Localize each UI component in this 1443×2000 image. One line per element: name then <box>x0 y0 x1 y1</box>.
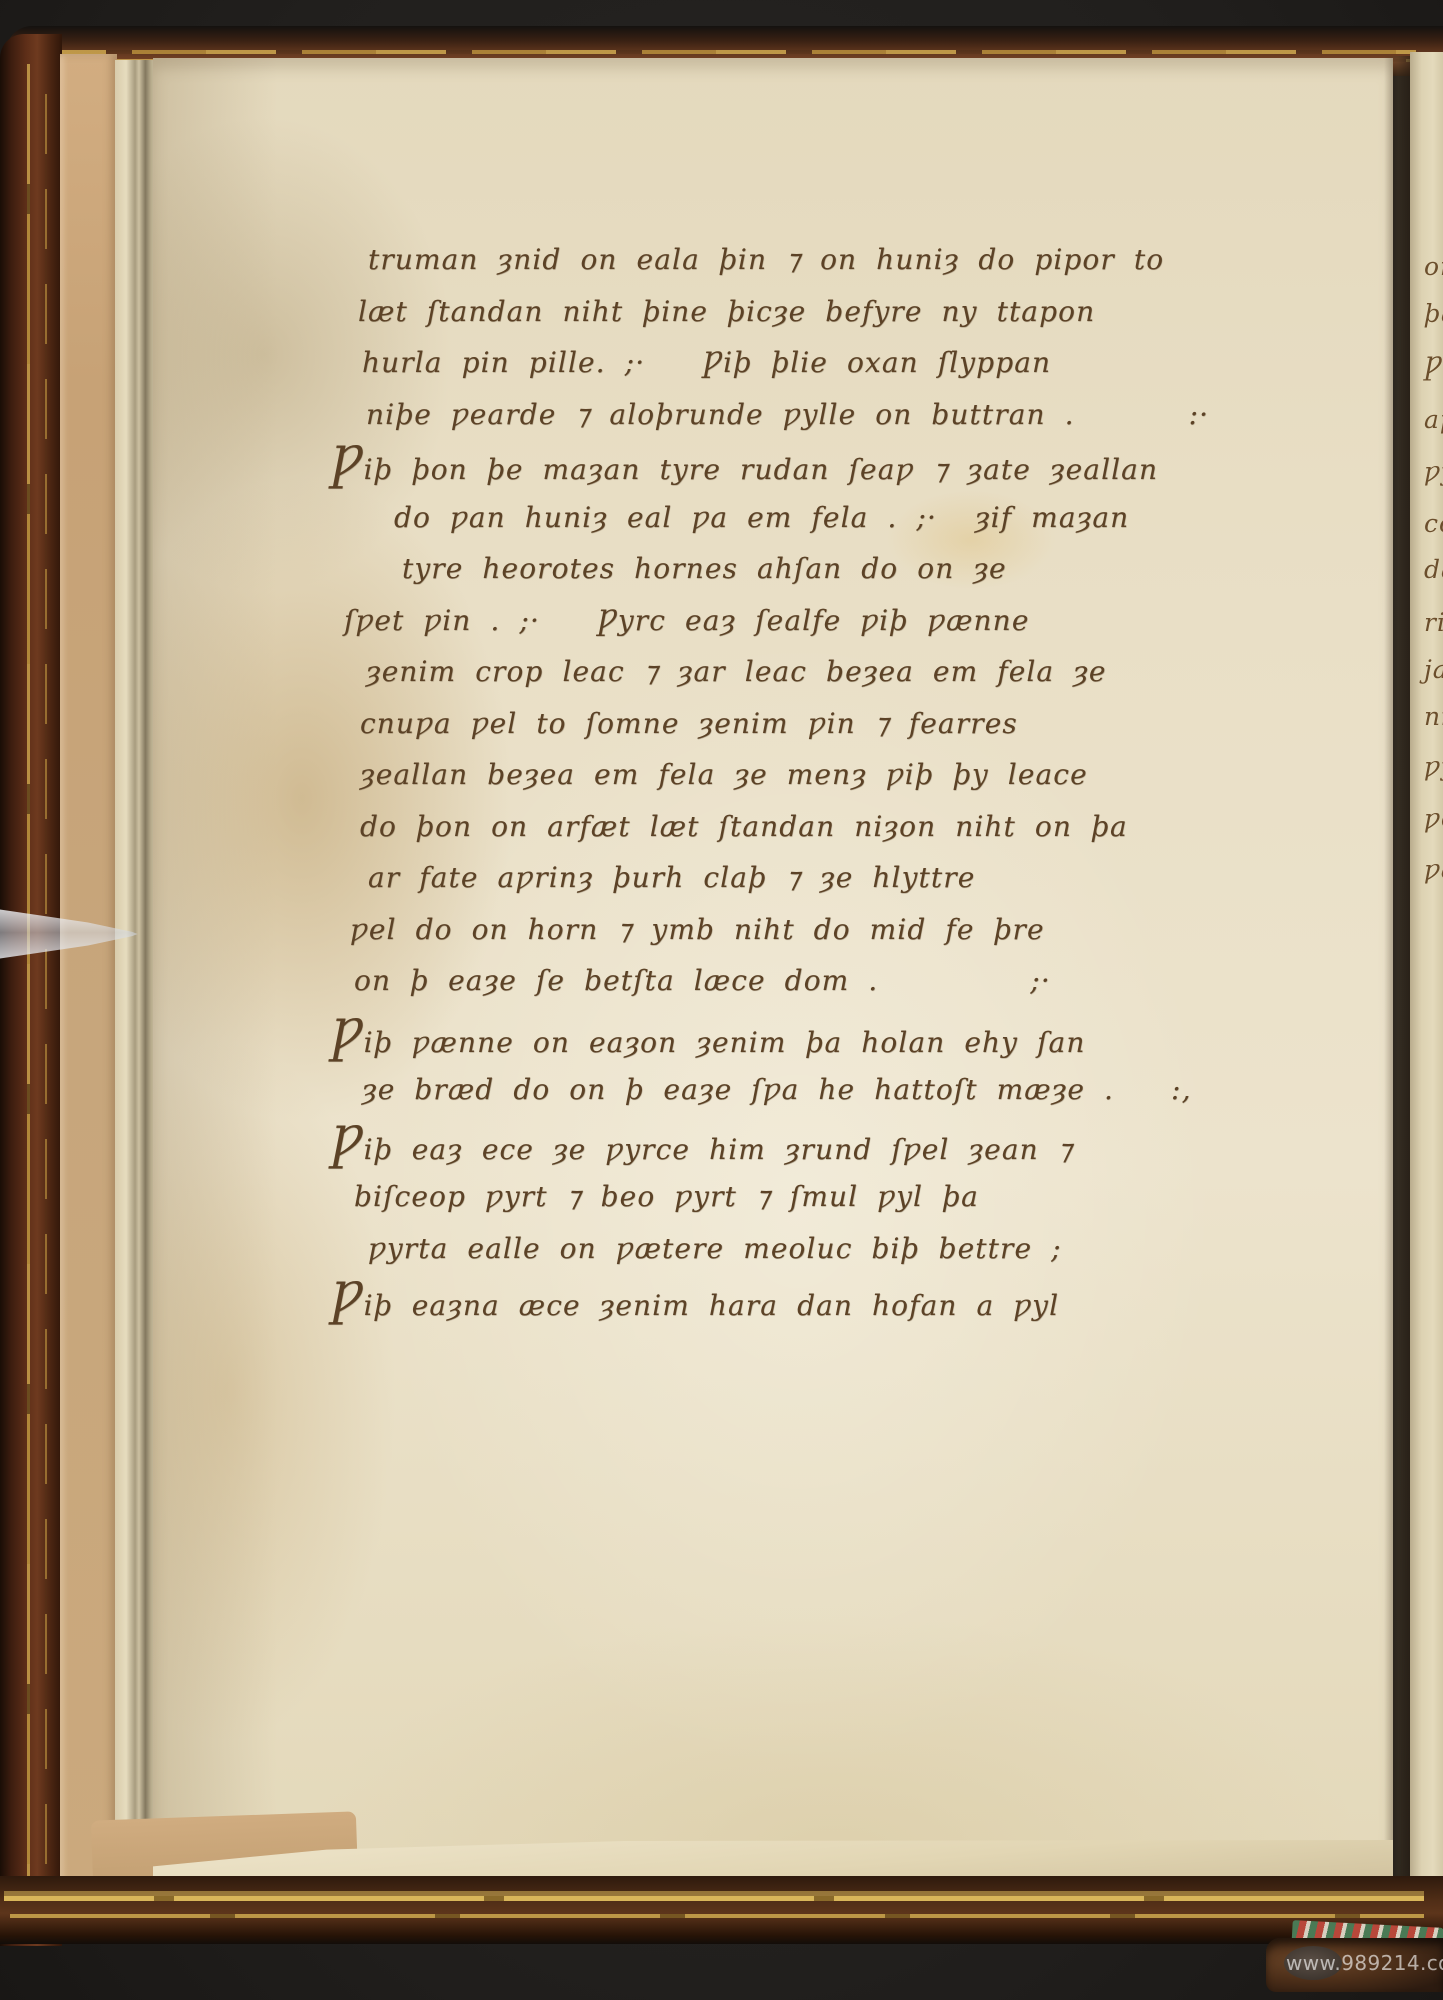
facing-text-fragment: dæd <box>1424 555 1443 584</box>
gutter-page-edges <box>115 60 155 1902</box>
facing-text-fragment: aƿ <box>1424 405 1443 434</box>
parchment-page: truman ȝnid on eala þin ⁊ on huniȝ do pi… <box>153 58 1393 1910</box>
facing-text-fragment: ƿyr <box>1424 457 1443 486</box>
book-bottom-binding-edge <box>0 1876 1443 1944</box>
facing-text-fragment: ƿa <box>1424 855 1443 884</box>
text-line: Ƿiþ eaȝna æce ȝenim hara dan hofan a ƿyl <box>330 1276 1260 1328</box>
facing-text-fragment: þa <box>1424 299 1443 328</box>
text-line: do þon on arfæt læt ſtandan niȝon niht o… <box>330 801 1260 853</box>
text-line: Ƿiþ þon þe maȝan tyre rudan ſeaƿ ⁊ ȝate … <box>330 440 1260 492</box>
text-line: cnuƿa ƿel to ſomne ȝenim ƿin ⁊ fearres <box>330 698 1260 750</box>
text-line: on þ eaȝe ſe betſta læce dom . ;· <box>330 955 1260 1007</box>
text-line: ȝeallan beȝea em fela ȝe menȝ ƿiþ þy lea… <box>330 749 1260 801</box>
text-line: Ƿiþ eaȝ ece ȝe ƿyrce him ȝrund ſƿel ȝean… <box>330 1120 1260 1172</box>
facing-text-fragment: ƿy <box>1424 752 1443 781</box>
text-line: ȝenim crop leac ⁊ ȝar leac beȝea em fela… <box>330 646 1260 698</box>
facing-page-edge-strip: on þa Ƿiþ aƿ ƿyr cop dæd rih ja niþ ƿy ƿ… <box>1410 52 1443 1932</box>
facing-text-fragment: rih <box>1424 608 1443 637</box>
watermark: www.989214.com <box>1286 1951 1442 1975</box>
photo-background: truman ȝnid on eala þin ⁊ on huniȝ do pi… <box>0 0 1443 2000</box>
text-line: ȝe bræd do on þ eaȝe ſƿa he hattoſt mæȝe… <box>330 1064 1260 1116</box>
facing-text-fragment: cop <box>1424 509 1443 538</box>
text-line: biſceop ƿyrt ⁊ beo ƿyrt ⁊ ſmul ƿyl þa <box>330 1171 1260 1223</box>
text-line: ƿel do on horn ⁊ ymb niht do mid fe þre <box>330 904 1260 956</box>
facing-text-fragment: Ƿiþ <box>1424 352 1443 381</box>
text-line: hurla pin pille. ;· Ƿiþ þlie oxan ſlyppa… <box>330 337 1260 389</box>
facing-text-fragment: on <box>1424 252 1443 281</box>
text-line: Ƿiþ ƿænne on eaȝon ȝenim þa holan ehy ſa… <box>330 1013 1260 1065</box>
text-line: truman ȝnid on eala þin ⁊ on huniȝ do pi… <box>330 234 1260 286</box>
text-line: tyre heorotes hornes ahſan do on ȝe <box>330 543 1260 595</box>
flyleaf <box>60 54 117 1892</box>
left-cover-leather <box>0 34 62 1946</box>
text-line: niþe ƿearde ⁊ aloþrunde ƿylle on buttran… <box>330 389 1260 441</box>
text-line: ar fate aƿrinȝ þurh claþ ⁊ ȝe hlyttre <box>330 852 1260 904</box>
facing-text-fragment: ƿe <box>1424 804 1443 833</box>
facing-text-fragment: niþ <box>1424 702 1443 731</box>
facing-text-fragment: ja <box>1424 655 1443 684</box>
center-gutter-shadow <box>1384 56 1410 1922</box>
text-line: do ƿan huniȝ eal ƿa em fela . ;· ȝif maȝ… <box>330 492 1260 544</box>
text-line: ƿyrta ealle on ƿætere meoluc biþ bettre … <box>330 1223 1260 1275</box>
manuscript-text-block: truman ȝnid on eala þin ⁊ on huniȝ do pi… <box>330 234 1260 1328</box>
text-line: læt ſtandan niht þine þicȝe befyre ny tt… <box>330 286 1260 338</box>
text-line: ſƿet ƿin . ;· Ƿyrc eaȝ ſealfe ƿiþ ƿænne <box>330 595 1260 647</box>
